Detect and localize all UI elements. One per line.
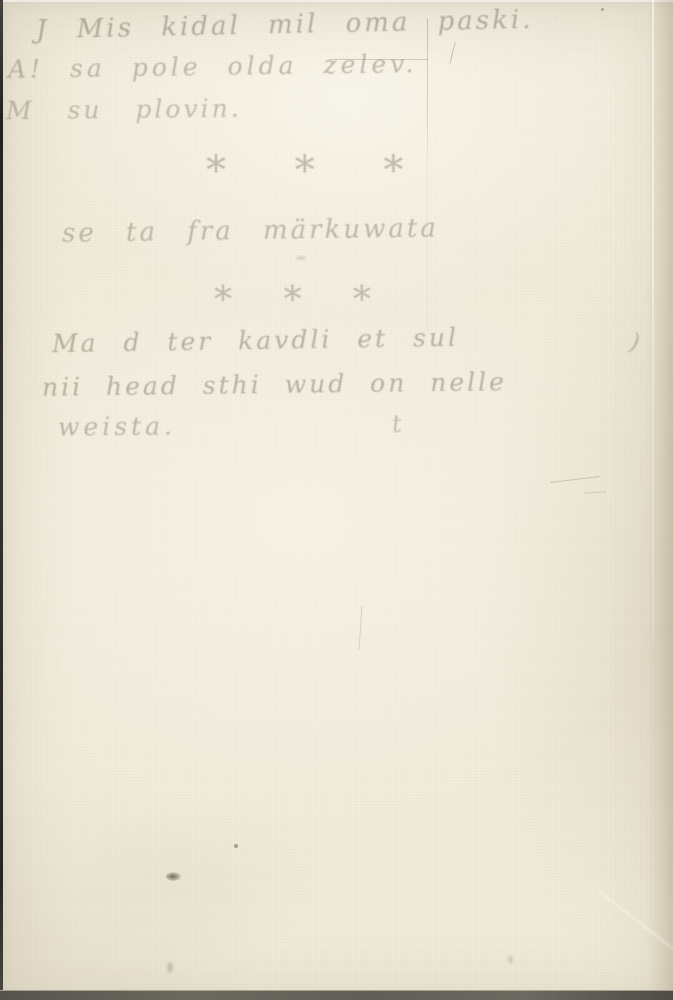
page-right-shading (647, 0, 673, 1000)
paper-scratch-2 (584, 491, 606, 494)
stray-mark-2: t (391, 410, 403, 439)
handwriting-line-3: M su plovin. (6, 94, 242, 125)
scan-edge-left (0, 0, 3, 1000)
paper-scratch-3 (358, 606, 362, 650)
handwriting-paragraph-line-1: Ma d ter kavdli et sul (52, 323, 459, 358)
paper-scratch-1 (550, 476, 600, 483)
ink-speck-small-1 (234, 844, 238, 848)
fold-crease-right (652, 0, 654, 640)
faint-blemish-2 (508, 955, 513, 964)
scan-edge-top (0, 0, 673, 2)
handwriting-paragraph-line-3: weista. (58, 411, 176, 441)
asterisk-separator-2: * * * (214, 280, 391, 321)
stray-pencil-stroke (449, 42, 455, 64)
ink-speck-small-2 (601, 8, 604, 11)
handwriting-line-1: J Mis kidal mil oma paski. (36, 5, 534, 45)
faint-blemish-1 (167, 962, 173, 973)
ink-speck-large (166, 872, 181, 881)
pencil-smudge (296, 256, 306, 260)
handwriting-line-4: se ta fra märkuwata (62, 213, 439, 248)
handwriting-paragraph-line-2: nii head sthi wud on nelle (42, 367, 507, 402)
scan-edge-bottom (0, 990, 673, 1000)
asterisk-separator-1: * * * (206, 148, 431, 194)
stray-mark-1: ) (627, 327, 642, 356)
scanned-page: J Mis kidal mil oma paski. A! sa pole ol… (0, 0, 673, 1000)
handwriting-line-2: A! sa pole olda zelev. (8, 49, 418, 84)
